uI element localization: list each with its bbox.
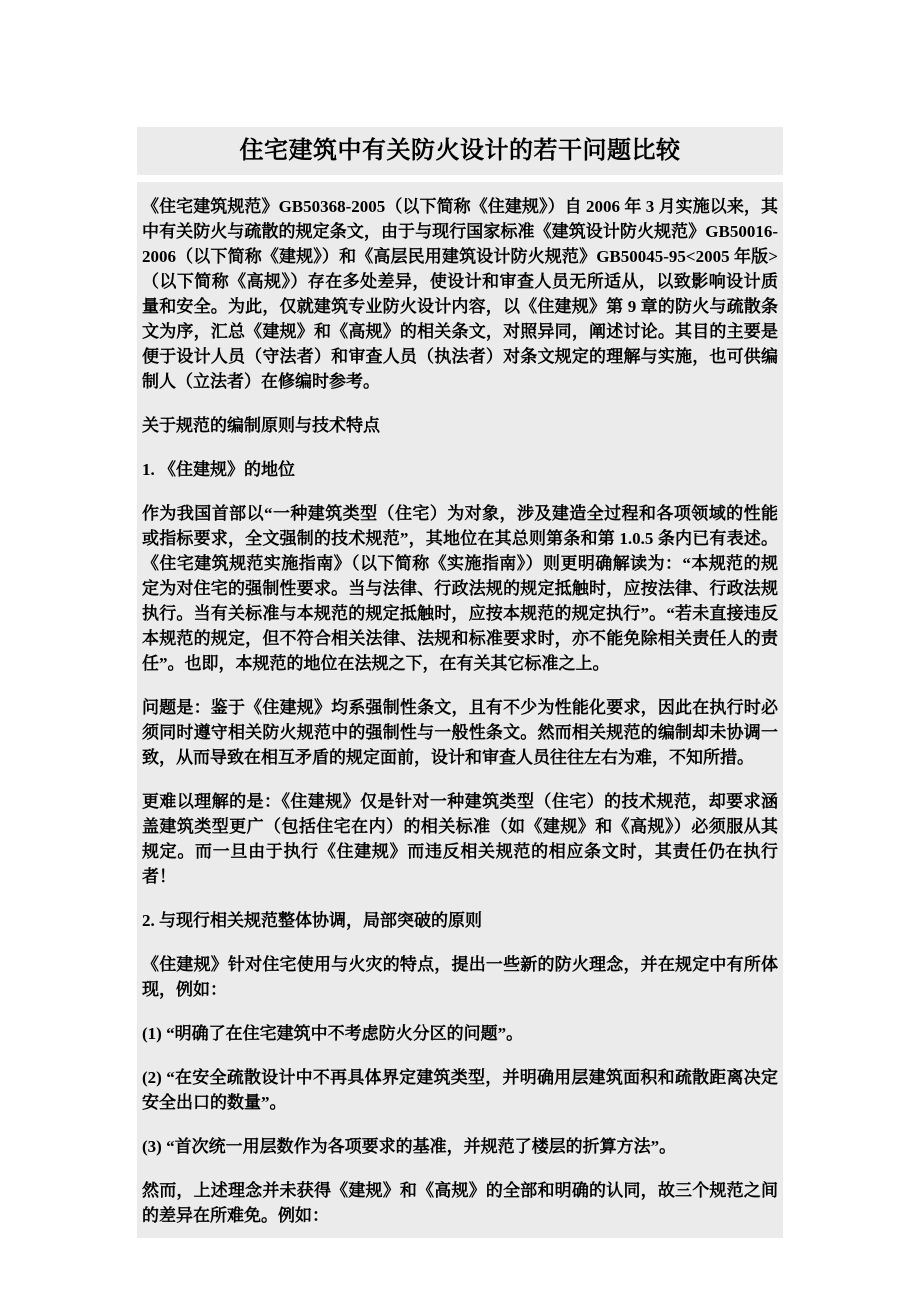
paragraph: 更难以理解的是：《住建规》仅是针对一种建筑类型（住宅）的技术规范，却要求涵盖建筑…	[142, 789, 778, 889]
section-heading: 关于规范的编制原则与技术特点	[142, 413, 778, 438]
paragraph: 《住建规》针对住宅使用与火灾的特点，提出一些新的防火理念，并在规定中有所体现，例…	[142, 952, 778, 1002]
paragraph: 问题是：鉴于《住建规》均系强制性条文，且有不少为性能化要求，因此在执行时必须同时…	[142, 695, 778, 770]
document-body: 住宅建筑中有关防火设计的若干问题比较 《住宅建筑规范》GB50368-2005（…	[137, 127, 783, 1238]
paragraph: 然而，上述理念并未获得《建规》和《高规》的全部和明确的认同，故三个规范之间的差异…	[142, 1178, 778, 1228]
list-item: (2) “在安全疏散设计中不再具体界定建筑类型，并明确用层建筑面积和疏散距离决定…	[142, 1065, 778, 1115]
list-item: (3) “首次统一用层数作为各项要求的基准，并规范了楼层的折算方法”。	[142, 1134, 778, 1159]
document-title: 住宅建筑中有关防火设计的若干问题比较	[240, 136, 681, 166]
section-heading: 1. 《住建规》的地位	[142, 457, 778, 482]
content-block: 《住宅建筑规范》GB50368-2005（以下简称《住建规》）自 2006 年 …	[137, 182, 783, 1238]
document-page: { "colors": { "page_bg": "#ffffff", "blo…	[0, 0, 920, 1302]
paragraph: 作为我国首部以“一种建筑类型（住宅）为对象，涉及建造全过程和各项领域的性能或指标…	[142, 501, 778, 676]
paragraph: 《住宅建筑规范》GB50368-2005（以下简称《住建规》）自 2006 年 …	[142, 194, 778, 394]
list-item: (1) “明确了在住宅建筑中不考虑防火分区的问题”。	[142, 1021, 778, 1046]
title-block: 住宅建筑中有关防火设计的若干问题比较	[137, 127, 783, 175]
section-heading: 2. 与现行相关规范整体协调，局部突破的原则	[142, 908, 778, 933]
